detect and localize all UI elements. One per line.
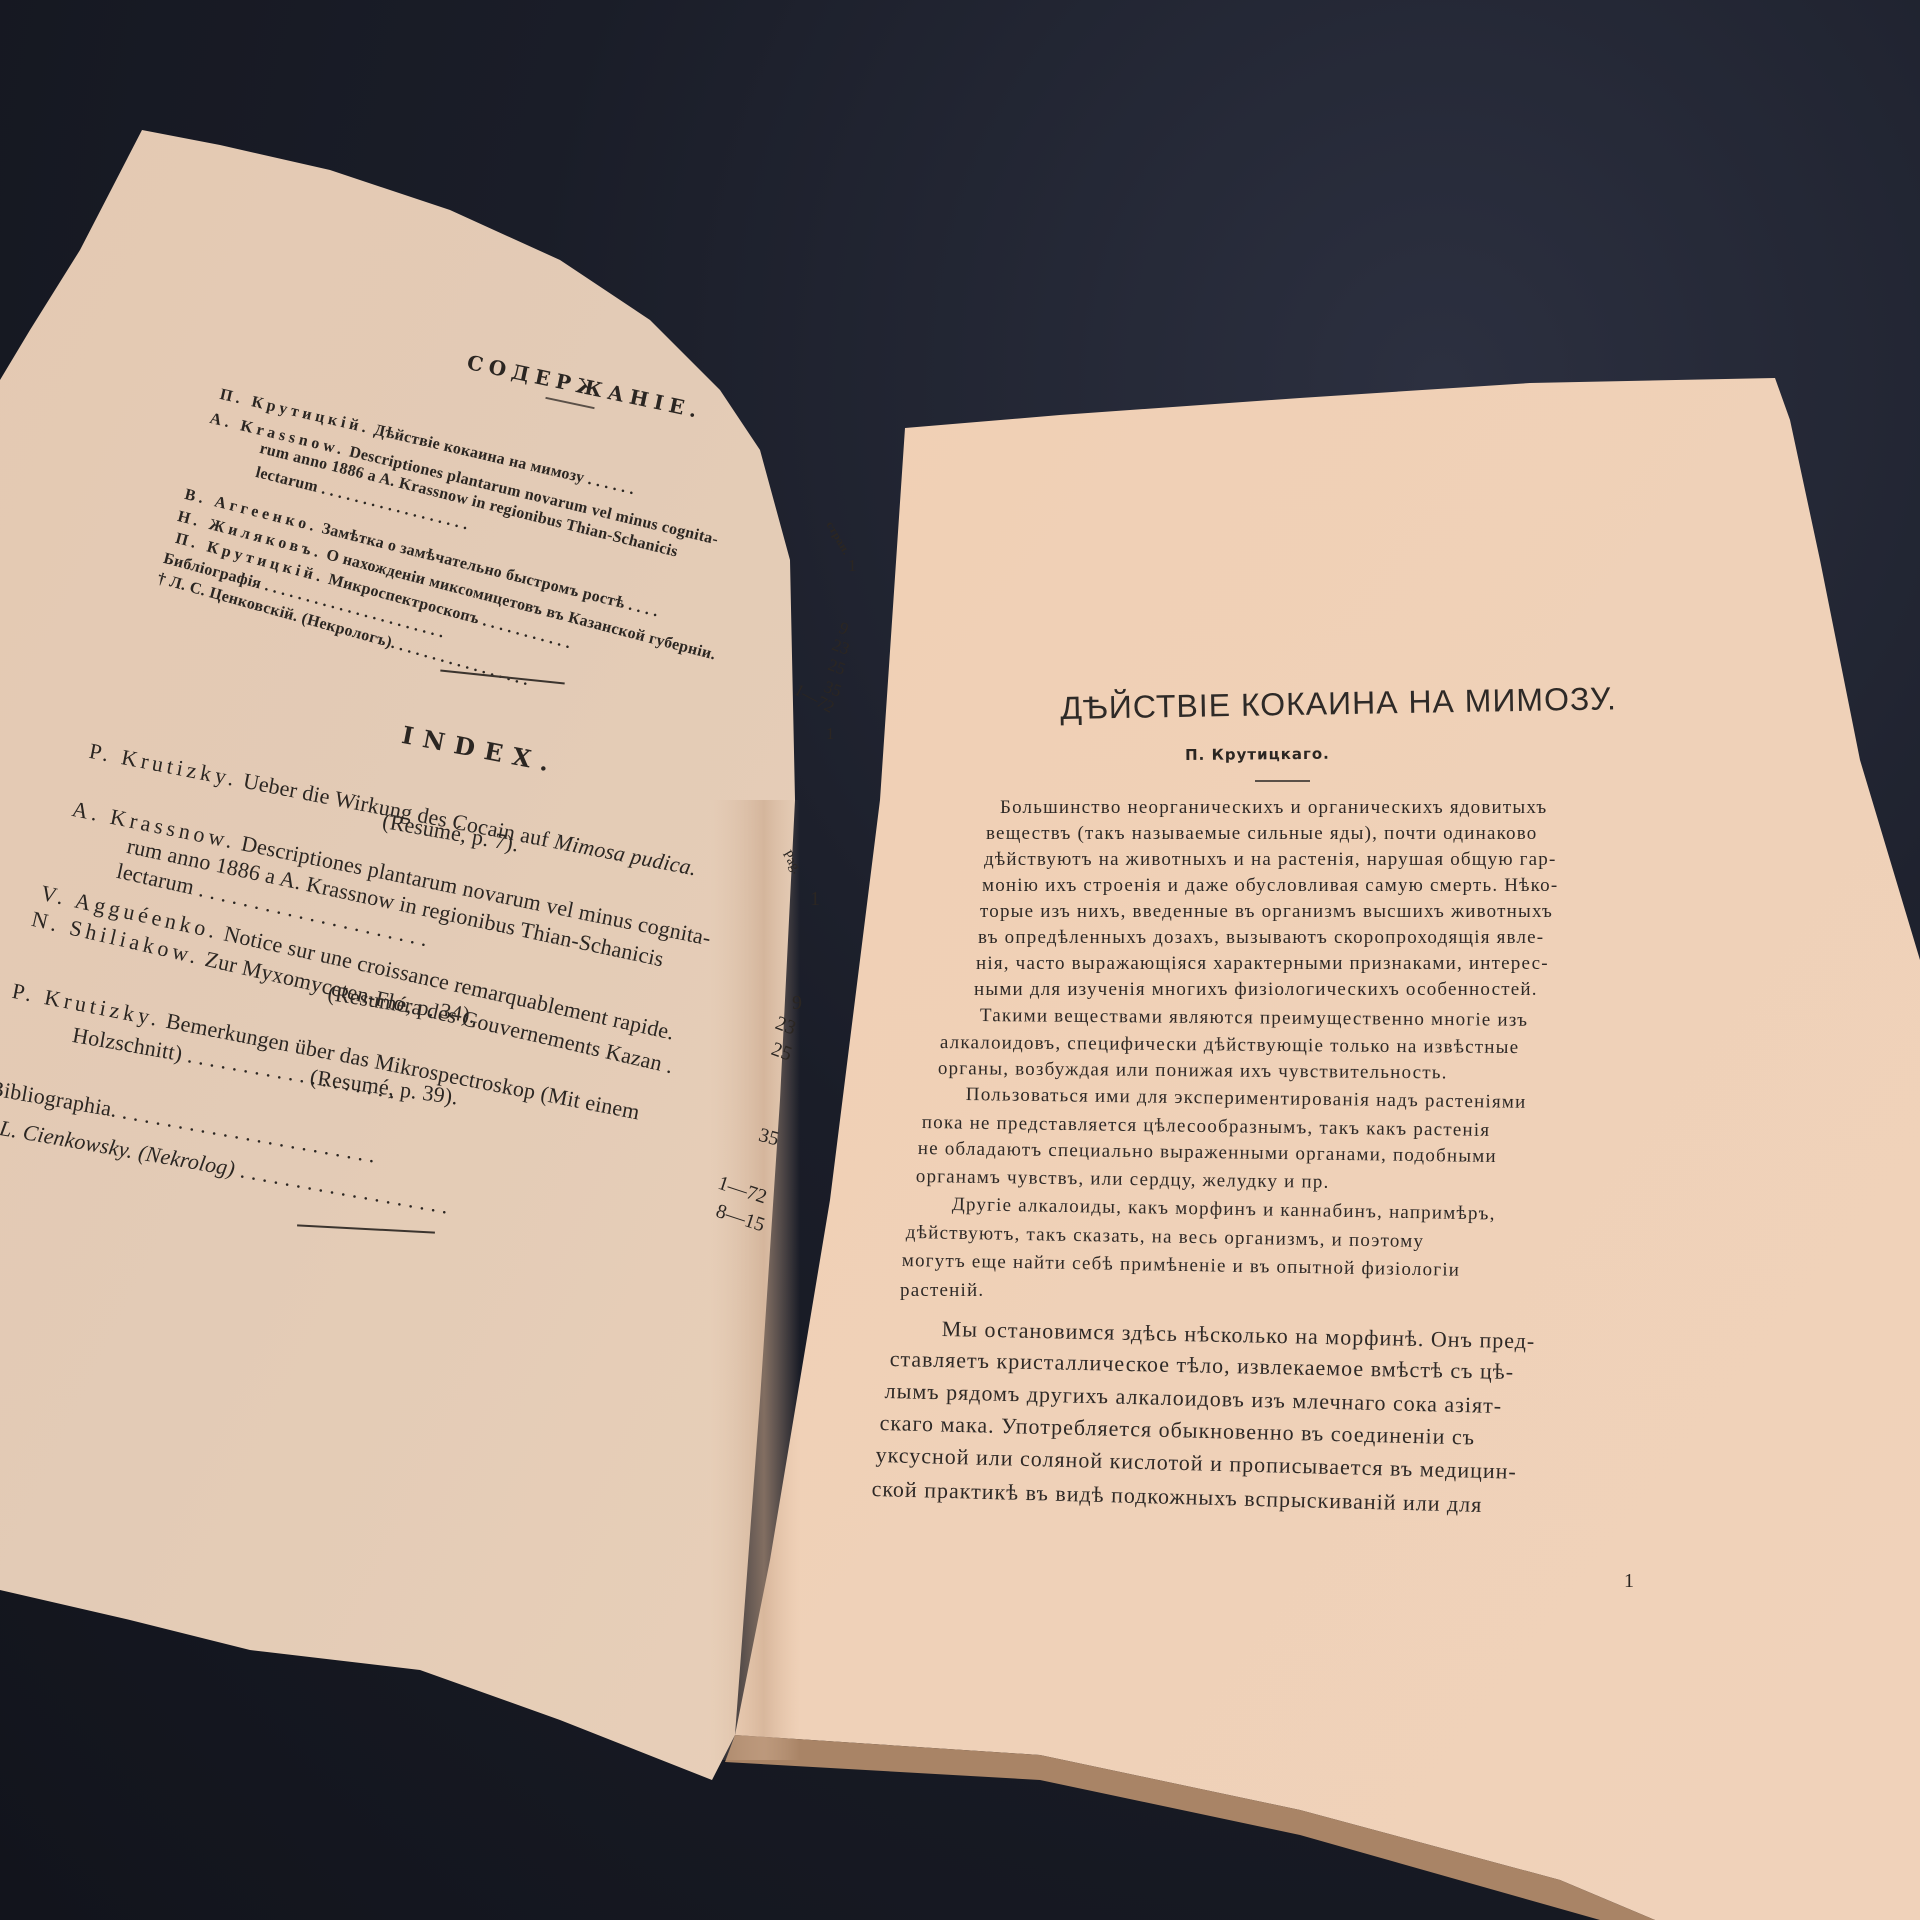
index-page: 9 <box>792 992 802 1015</box>
body-line: веществъ (такъ называемые сильные яды), … <box>986 823 1537 845</box>
body-line: растеній. <box>900 1280 984 1302</box>
toc-page: 1 <box>826 724 835 744</box>
body-line: Большинство неорганическихъ и органическ… <box>1000 797 1547 819</box>
title-rule <box>1255 780 1310 782</box>
index-page: 23 <box>772 1012 799 1040</box>
contents-pages-header: стран. <box>823 520 851 557</box>
body-line: торые изъ нихъ, введенные въ организмъ в… <box>980 901 1553 923</box>
toc-page: 1 <box>848 556 857 576</box>
index-heading: INDEX. <box>399 720 561 779</box>
body-line: дѣйствуютъ на животныхъ и на растенія, н… <box>984 849 1557 871</box>
body-line: нія, часто выражающіяся характерными при… <box>976 953 1549 975</box>
toc-page: 25 <box>825 655 848 680</box>
index-page: 35 <box>756 1124 781 1151</box>
body-line: ными для изученія многихъ физіологически… <box>974 979 1538 1001</box>
contents-heading: СОДЕРЖАНІЕ. <box>465 350 705 423</box>
page-number: 1 <box>1624 1570 1634 1593</box>
end-divider <box>297 1224 435 1233</box>
body-line: монію ихъ строенія и даже обусловливая с… <box>982 875 1558 897</box>
index-pages-header: Pag. <box>778 848 804 877</box>
left-page-text: СОДЕРЖАНІЕ. П. Крутицкій. Дѣйствіе кокаи… <box>0 0 1920 1920</box>
book-photo: СОДЕРЖАНІЕ. П. Крутицкій. Дѣйствіе кокаи… <box>0 0 1920 1920</box>
body-line: въ опредѣленныхъ дозахъ, вызываютъ скоро… <box>978 927 1544 949</box>
article-author: П. Крутицкаго. <box>1185 745 1330 764</box>
index-page: 25 <box>768 1038 795 1066</box>
index-page: 1 <box>810 888 820 911</box>
body-line: органы, возбуждая или понижая ихъ чувств… <box>938 1058 1448 1084</box>
